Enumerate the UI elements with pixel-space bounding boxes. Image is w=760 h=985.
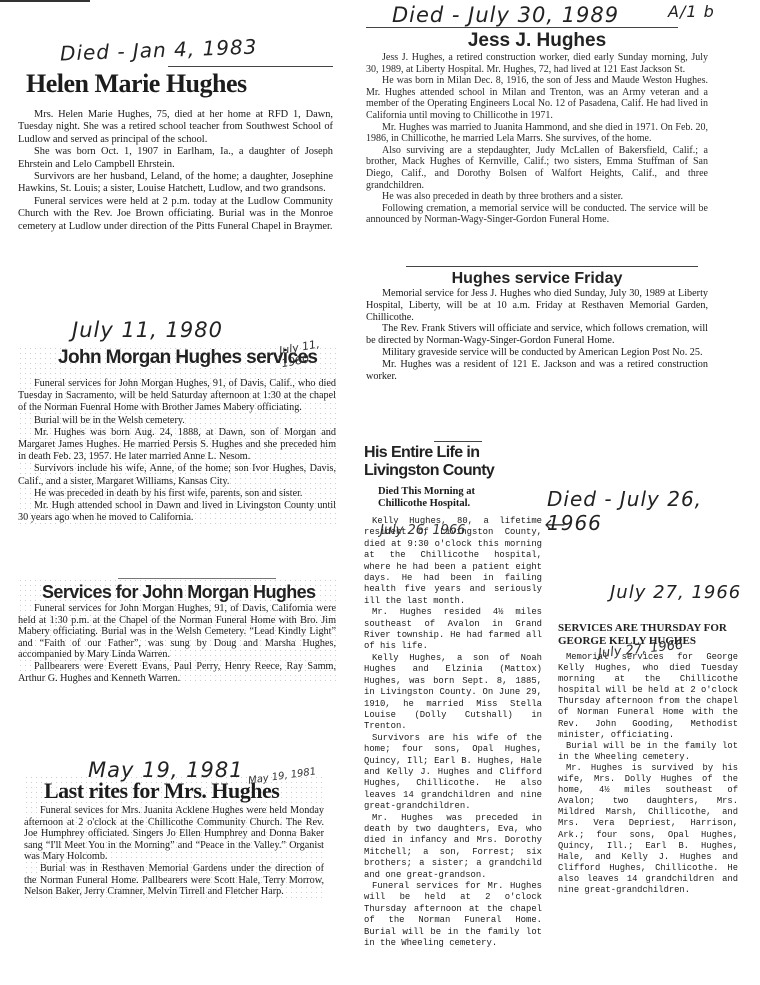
article-body: Funeral services for John Morgan Hughes,… — [18, 378, 336, 524]
article-body: Memorial services for George Kelly Hughe… — [558, 652, 738, 896]
paragraph: Burial was in Resthaven Memorial Gardens… — [24, 863, 324, 898]
paragraph: Mr. Hughes was preceded in death by two … — [364, 813, 542, 881]
clipping-his-entire-life-in-livingston-county: His Entire Life in Livingston County Die… — [364, 441, 542, 949]
clipping-helen-marie-hughes: Helen Marie Hughes Mrs. Helen Marie Hugh… — [18, 66, 333, 233]
handwritten-jess-died: Died - July 30, 1989 — [392, 3, 619, 27]
paragraph: Funeral sevices for Mrs. Juanita Acklene… — [24, 805, 324, 863]
paragraph: Memorial service for Jess J. Hughes who … — [366, 288, 708, 323]
subhead: Died This Morning at Chillicothe Hospita… — [378, 486, 498, 510]
article-body: Funeral services for John Morgan Hughes,… — [18, 603, 336, 684]
handwritten-george-date: July 27, 1966 — [610, 582, 741, 603]
handwritten-inline-note: July 26, 1966 — [380, 523, 465, 538]
paragraph: Survivors include his wife, Anne, of the… — [18, 463, 336, 487]
paragraph: The Rev. Frank Stivers will officiate an… — [366, 323, 708, 347]
paragraph: She was born Oct. 1, 1907 in Earlham, Ia… — [18, 146, 333, 171]
headline: His Entire Life in Livingston County — [364, 444, 504, 480]
headline: Helen Marie Hughes — [18, 69, 333, 99]
paragraph: Survivors are her husband, Leland, of th… — [18, 171, 333, 196]
divider — [434, 441, 482, 442]
clipping-hughes-service-friday: Hughes service Friday Memorial service f… — [366, 266, 708, 382]
paragraph: Burial will be in the Welsh cemetery. — [18, 415, 336, 427]
headline: Services for John Morgan Hughes — [18, 581, 336, 603]
article-body: Jess J. Hughes, a retired construction w… — [366, 52, 708, 226]
paragraph: Survivors are his wife of the home; four… — [364, 733, 542, 813]
paragraph: Mr. Hugh attended school in Dawn and liv… — [18, 500, 336, 524]
handwritten-helen-died: Died - Jan 4, 1983 — [60, 35, 258, 66]
paragraph: Funeral services were held at 2 p.m. tod… — [18, 196, 333, 233]
paragraph: Mr. Hughes resided 4½ miles southeast of… — [364, 607, 542, 653]
paragraph: Mr. Hughes is survived by his wife, Mrs.… — [558, 763, 738, 896]
handwritten-kelly-died: Died - July 26, 1966 — [547, 487, 760, 535]
paragraph: Kelly Hughes, a son of Noah Hughes and E… — [364, 653, 542, 733]
handwritten-john-date: July 11, 1980 — [72, 318, 223, 342]
clipping-john-morgan-hughes-services: John Morgan Hughes services July 11, 198… — [18, 346, 336, 524]
paragraph: Memorial services for George Kelly Hughe… — [558, 652, 738, 741]
paragraph: Following cremation, a memorial service … — [366, 203, 708, 226]
clipping-last-rites-for-mrs-hughes: Last rites for Mrs. Hughes May 19, 1981 … — [24, 775, 324, 898]
paragraph: Mrs. Helen Marie Hughes, 75, died at her… — [18, 109, 333, 146]
paragraph: Mr. Hughes was born Aug. 24, 1888, at Da… — [18, 427, 336, 464]
clipping-jess-j-hughes: Jess J. Hughes Jess J. Hughes, a retired… — [366, 27, 708, 226]
paragraph: Funeral services for John Morgan Hughes,… — [18, 603, 336, 661]
divider — [118, 578, 276, 579]
clipping-services-for-john-morgan-hughes: Services for John Morgan Hughes Funeral … — [18, 578, 336, 684]
article-body: Kelly Hughes, 80, a lifetime resident of… — [364, 516, 542, 949]
handwritten-page-code: A/1 b — [668, 2, 715, 21]
arrow-left-icon: ← — [544, 510, 567, 540]
paragraph: Also surviving are a stepdaughter, Judy … — [366, 145, 708, 191]
paragraph: He was preceded in death by his first wi… — [18, 488, 336, 500]
headline: Jess J. Hughes — [366, 30, 708, 52]
paragraph: Mr. Hughes was married to Juanita Hammon… — [366, 122, 708, 145]
article-body: Mrs. Helen Marie Hughes, 75, died at her… — [18, 109, 333, 233]
divider — [168, 66, 333, 67]
paragraph: Funeral services for John Morgan Hughes,… — [18, 378, 336, 415]
article-body: Memorial service for Jess J. Hughes who … — [366, 288, 708, 382]
paragraph: Jess J. Hughes, a retired construction w… — [366, 52, 708, 75]
headline: Hughes service Friday — [366, 269, 708, 288]
paragraph: Pallbearers were Everett Evans, Paul Per… — [18, 661, 336, 684]
clipping-services-are-thursday-for-george-kelly-hughes: SERVICES ARE THURSDAY FOR GEORGE KELLY H… — [558, 622, 738, 896]
divider — [366, 27, 678, 28]
divider — [406, 266, 698, 267]
paragraph: He was also preceded in death by three b… — [366, 191, 708, 203]
article-body: Funeral sevices for Mrs. Juanita Acklene… — [24, 805, 324, 898]
paragraph: Mr. Hughes was a resident of 121 E. Jack… — [366, 359, 708, 383]
paragraph: Military graveside service will be condu… — [366, 347, 708, 359]
paragraph: He was born in Milan Dec. 8, 1916, the s… — [366, 75, 708, 121]
paragraph: Burial will be in the family lot in the … — [558, 741, 738, 763]
paragraph: Funeral services for Mr. Hughes will be … — [364, 881, 542, 949]
scan-edge — [0, 0, 90, 2]
